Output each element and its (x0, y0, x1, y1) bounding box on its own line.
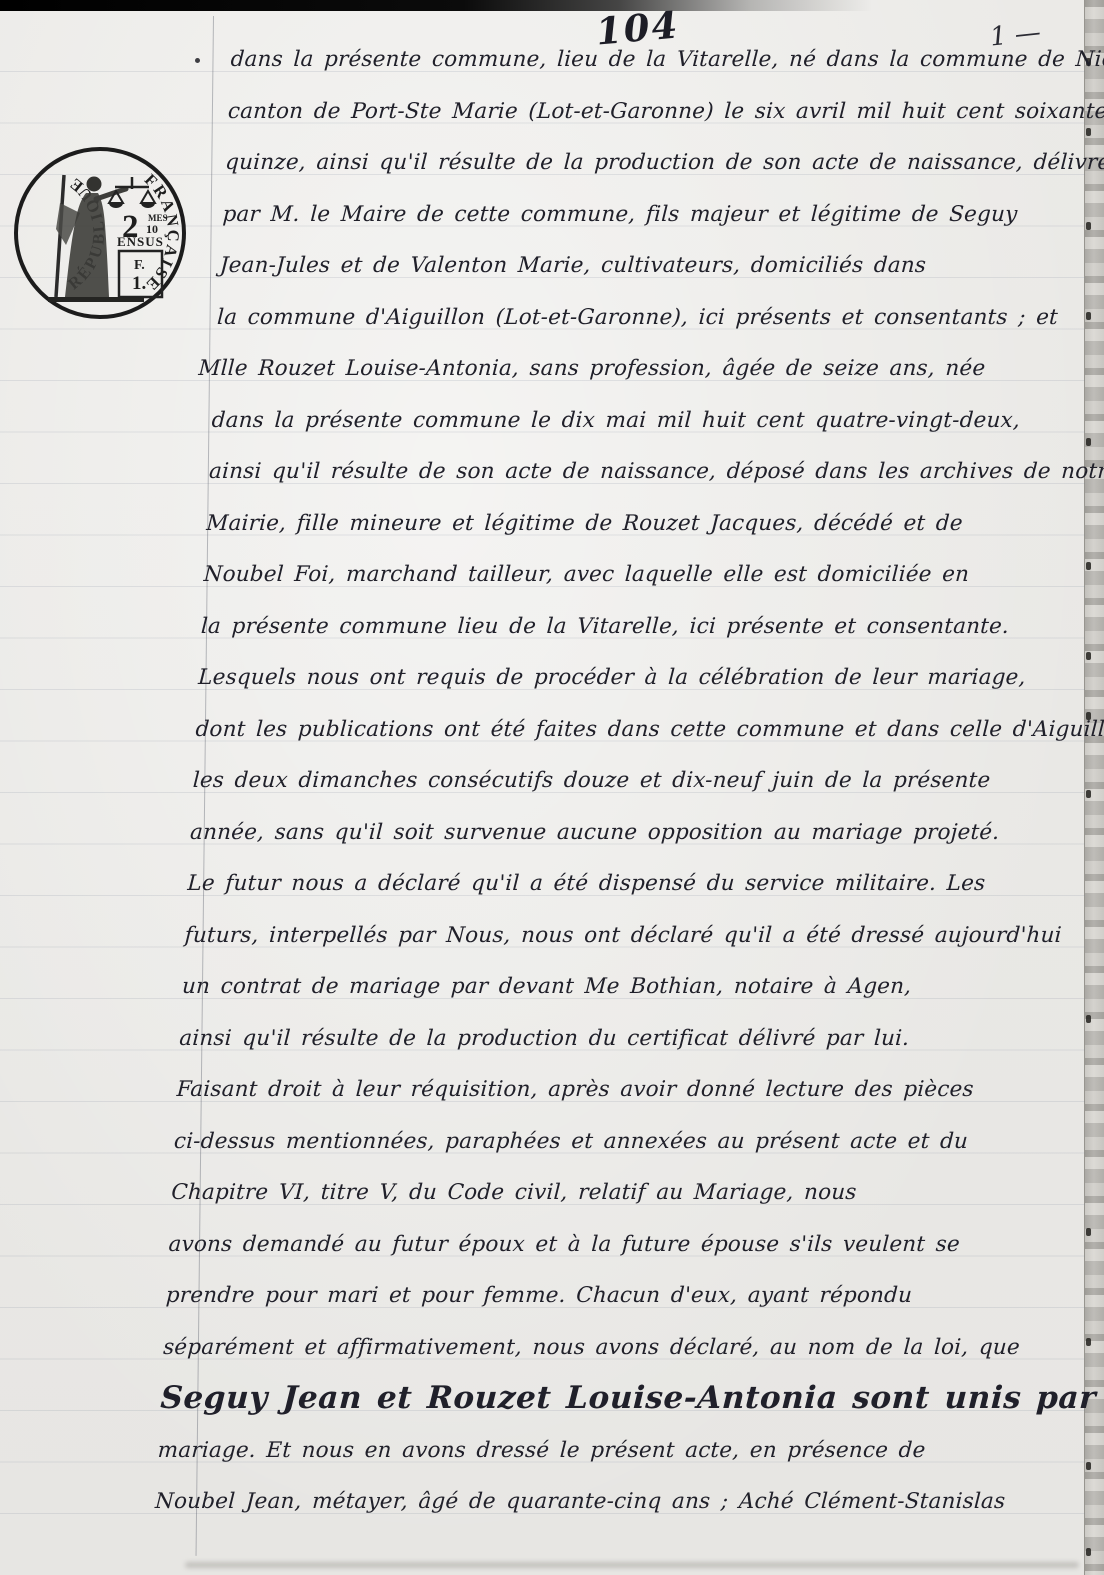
book-gutter-strip (1084, 0, 1104, 1575)
manuscript-line: Mairie, fille mineure et légitime de Rou… (205, 498, 1058, 550)
gutter-ink-mark (1086, 438, 1091, 446)
gutter-ink-mark (1086, 1015, 1091, 1023)
manuscript-line: ainsi qu'il résulte de son acte de naiss… (208, 446, 1061, 498)
ink-dot (195, 58, 200, 63)
manuscript-line: la présente commune lieu de la Vitarelle… (200, 601, 1053, 653)
gutter-ink-mark (1086, 1228, 1091, 1236)
manuscript-line: par M. le Maire de cette commune, fils m… (221, 189, 1074, 241)
manuscript-line: année, sans qu'il soit survenue aucune o… (189, 807, 1042, 859)
manuscript-line: Jean-Jules et de Valenton Marie, cultiva… (219, 240, 1072, 292)
manuscript-line: un contrat de mariage par devant Me Both… (181, 961, 1034, 1013)
gutter-ink-mark (1086, 1338, 1091, 1346)
manuscript-line: la commune d'Aiguillon (Lot-et-Garonne),… (216, 292, 1069, 344)
manuscript-line: Noubel Jean, métayer, âgé de quarante-ci… (154, 1476, 1007, 1528)
manuscript-line: dans la présente commune le dix mai mil … (210, 395, 1063, 447)
svg-text:1.: 1. (132, 273, 146, 294)
manuscript-line: ci-dessus mentionnées, paraphées et anne… (173, 1116, 1026, 1168)
manuscript-line-spouses-names: Seguy Jean et Rouzet Louise-Antonia sont… (159, 1373, 1012, 1425)
manuscript-line: mariage. Et nous en avons dressé le prés… (156, 1425, 1009, 1477)
register-page: 104 1 — RÉPUBLIQUE FRANÇAISE (0, 0, 1104, 1575)
gutter-ink-mark (1086, 652, 1091, 660)
manuscript-line: séparément et affirmativement, nous avon… (162, 1322, 1015, 1374)
gutter-ink-mark (1086, 1548, 1091, 1556)
manuscript-line: quinze, ainsi qu'il résulte de la produc… (224, 137, 1077, 189)
gutter-ink-mark (1086, 312, 1091, 320)
manuscript-line: les deux dimanches consécutifs douze et … (192, 755, 1045, 807)
manuscript-line: Chapitre VI, titre V, du Code civil, rel… (170, 1167, 1023, 1219)
manuscript-text: dans la présente commune, lieu de la Vit… (154, 34, 1082, 1528)
gutter-ink-mark (1086, 1462, 1091, 1470)
gutter-ink-mark (1086, 790, 1091, 798)
gutter-ink-mark (1086, 222, 1091, 230)
manuscript-line: dont les publications ont été faites dan… (194, 704, 1047, 756)
manuscript-line: Faisant droit à leur réquisition, après … (175, 1064, 1028, 1116)
manuscript-line: Mlle Rouzet Louise-Antonia, sans profess… (197, 343, 1066, 395)
gutter-ink-mark (1086, 128, 1091, 136)
manuscript-line: canton de Port-Ste Marie (Lot-et-Garonne… (227, 86, 1080, 138)
svg-text:ENSUS: ENSUS (117, 234, 164, 249)
manuscript-line: Lesquels nous ont requis de procéder à l… (197, 652, 1050, 704)
manuscript-line: Noubel Foi, marchand tailleur, avec laqu… (202, 549, 1055, 601)
gutter-ink-mark (1086, 562, 1091, 570)
manuscript-line: Le futur nous a déclaré qu'il a été disp… (186, 858, 1039, 910)
revenue-stamp: RÉPUBLIQUE FRANÇAISE 2 MES 10 ENSUS (12, 145, 188, 321)
manuscript-line: prendre pour mari et pour femme. Chacun … (165, 1270, 1018, 1322)
manuscript-line: dans la présente commune, lieu de la Vit… (229, 34, 1082, 86)
svg-text:F.: F. (134, 258, 145, 273)
scan-edge-bottom (185, 1562, 1079, 1568)
manuscript-line: futurs, interpellés par Nous, nous ont d… (183, 910, 1036, 962)
stamp-surtax-text: 2 MES 10 ENSUS (117, 209, 168, 249)
scan-edge-top (0, 0, 1104, 11)
manuscript-line: ainsi qu'il résulte de la production du … (178, 1013, 1031, 1065)
manuscript-line: avons demandé au futur époux et à la fut… (167, 1219, 1020, 1271)
